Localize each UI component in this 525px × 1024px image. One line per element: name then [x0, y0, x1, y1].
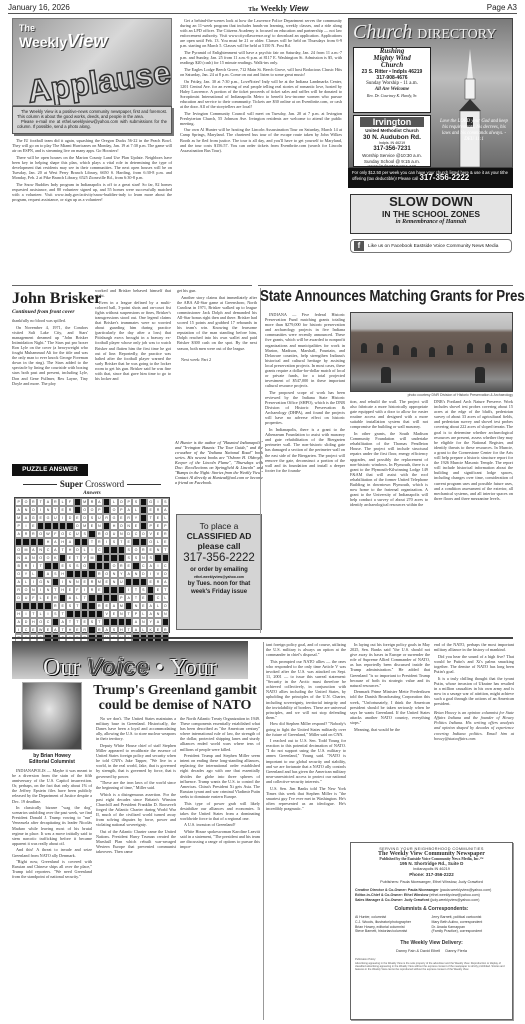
- crossword-cell: I: [37, 586, 44, 594]
- masthead-box: SERVING YOUR NEIGHBORHOOD COMMUNITIES Th…: [350, 842, 513, 1020]
- crossword-cell: N: [110, 578, 117, 586]
- page-header: January 16, 2026 The Weekly View Page A3: [8, 2, 517, 14]
- crossword-cell: B: [15, 562, 22, 570]
- crossword-cell: V: [103, 610, 110, 618]
- crossword-cell: R: [30, 530, 37, 538]
- crossword-cell: S: [132, 498, 139, 506]
- crossword-cell: O: [15, 570, 22, 578]
- crossword-cell: O: [15, 546, 22, 554]
- crossword-cell: R: [125, 514, 132, 522]
- crossword-cell: E: [154, 530, 161, 538]
- crossword-black-cell: [59, 554, 66, 562]
- crossword-cell: N: [15, 554, 22, 562]
- crossword-cell: O: [22, 498, 29, 506]
- crossword-black-cell: [132, 538, 139, 546]
- columnist-photo: [22, 682, 82, 750]
- crossword-black-cell: [81, 602, 88, 610]
- crossword-cell: E: [132, 522, 139, 530]
- crossword-cell: S: [88, 618, 95, 626]
- crossword-cell: T: [162, 546, 169, 554]
- crossword-cell: A: [22, 554, 29, 562]
- crossword-cell: T: [74, 618, 81, 626]
- crossword-black-cell: [110, 586, 117, 594]
- photo-caption: photo courtesy DNR Division of Historic …: [350, 393, 513, 397]
- crossword-cell: O: [74, 546, 81, 554]
- crossword-cell: A: [125, 506, 132, 514]
- crossword-cell: Y: [147, 618, 154, 626]
- crossword-cell: H: [66, 626, 73, 634]
- crossword-cell: T: [132, 586, 139, 594]
- crossword-black-cell: [44, 522, 51, 530]
- issue-date: January 16, 2026: [8, 3, 70, 12]
- crossword-cell: M: [118, 602, 125, 610]
- crossword-black-cell: [37, 522, 44, 530]
- preservation-headline: State Announces Matching Grants for Pres…: [260, 288, 525, 306]
- crossword-black-cell: [81, 610, 88, 618]
- crossword-cell: H: [15, 610, 22, 618]
- crossword-cell: T: [147, 514, 154, 522]
- crossword-black-cell: [74, 610, 81, 618]
- crossword-cell: P: [118, 594, 125, 602]
- crossword-cell: E: [66, 554, 73, 562]
- crossword-cell: R: [22, 562, 29, 570]
- crossword-cell: P: [147, 522, 154, 530]
- crossword-cell: D: [15, 594, 22, 602]
- building-photo: [350, 312, 513, 392]
- list-item: The Snow Buddies Indy program in Indiana…: [12, 182, 172, 202]
- crossword-cell: N: [118, 530, 125, 538]
- opinion-column-3: the North Atlantic Treaty Organization i…: [180, 716, 260, 851]
- crossword-cell: I: [147, 570, 154, 578]
- crossword-cell: A: [15, 530, 22, 538]
- crossword-cell: L: [162, 514, 169, 522]
- crossword-cell: N: [110, 570, 117, 578]
- crossword-cell: N: [30, 554, 37, 562]
- crossword-cell: R: [118, 562, 125, 570]
- crossword-black-cell: [15, 602, 22, 610]
- church-directory: Church Directory Rushing Mighty Wind Chu…: [348, 18, 513, 168]
- crossword-cell: N: [74, 578, 81, 586]
- crossword-cell: E: [74, 626, 81, 634]
- crossword-black-cell: [52, 522, 59, 530]
- applause-column-2: Get a behind-the-scenes look at how the …: [180, 18, 342, 154]
- crossword-cell: Y: [132, 514, 139, 522]
- crossword-cell: E: [44, 626, 51, 634]
- crossword-cell: O: [37, 618, 44, 626]
- crossword-cell: S: [66, 602, 73, 610]
- crossword-cell: F: [52, 530, 59, 538]
- church-listing-promo: For only $12.50 per week you can have yo…: [348, 168, 513, 188]
- crossword-grid: PORTARLFMRALOPSGISANOINTEROOPOPALERAMAGE…: [14, 497, 170, 633]
- crossword-black-cell: [37, 602, 44, 610]
- crossword-cell: F: [74, 586, 81, 594]
- crossword-cell: I: [154, 562, 161, 570]
- crossword-cell: P: [15, 522, 22, 530]
- crossword-cell: A: [66, 594, 73, 602]
- crossword-cell: N: [140, 618, 147, 626]
- crossword-cell: S: [125, 554, 132, 562]
- crossword-black-cell: [110, 554, 117, 562]
- crossword-black-cell: [52, 578, 59, 586]
- crossword-cell: A: [15, 506, 22, 514]
- crossword-cell: U: [96, 514, 103, 522]
- crossword-cell: A: [147, 610, 154, 618]
- crossword-cell: O: [22, 586, 29, 594]
- crossword-cell: G: [44, 514, 51, 522]
- crossword-black-cell: [103, 594, 110, 602]
- church-listing-rushing: Rushing Mighty Wind Church 23 S. Ritter …: [353, 47, 431, 113]
- crossword-cell: T: [66, 618, 73, 626]
- crossword-cell: E: [125, 562, 132, 570]
- crossword-cell: A: [30, 546, 37, 554]
- crossword-black-cell: [88, 610, 95, 618]
- opinion-column-6: end of the NATO, perhaps the most import…: [434, 642, 514, 742]
- crossword-cell: S: [74, 562, 81, 570]
- crossword-black-cell: [88, 594, 95, 602]
- crossword-cell: M: [81, 522, 88, 530]
- crossword-black-cell: [103, 618, 110, 626]
- crossword-cell: A: [59, 618, 66, 626]
- promo-phone: 317-356-2222: [419, 173, 469, 182]
- opinion-column-5: In laying out his foreign policy goals i…: [350, 642, 430, 733]
- crossword-black-cell: [162, 554, 169, 562]
- crossword-cell: A: [103, 626, 110, 634]
- crossword-black-cell: [59, 594, 66, 602]
- crossword-cell: L: [59, 498, 66, 506]
- crossword-cell: A: [52, 626, 59, 634]
- crossword-cell: E: [88, 522, 95, 530]
- crossword-black-cell: [103, 562, 110, 570]
- crossword-cell: R: [30, 498, 37, 506]
- crossword-cell: S: [110, 626, 117, 634]
- crossword-cell: E: [30, 626, 37, 634]
- crossword-cell: E: [59, 602, 66, 610]
- list-item: There will be open houses on the Marion …: [12, 155, 172, 180]
- applause-intro-box: The Weekly View is a positive-news commu…: [12, 106, 172, 134]
- crossword-cell: W: [44, 530, 51, 538]
- crossword-cell: N: [118, 610, 125, 618]
- crossword-cell: N: [154, 546, 161, 554]
- crossword-cell: C: [66, 530, 73, 538]
- author-bio-hunter: Al Hunter is the author of "Haunted Indi…: [175, 440, 263, 485]
- crossword-cell: E: [125, 538, 132, 546]
- crossword-cell: L: [110, 498, 117, 506]
- preservation-column-2: tion, and rebuild the wall. The project …: [350, 399, 428, 509]
- crossword-cell: E: [147, 506, 154, 514]
- crossword-cell: L: [37, 594, 44, 602]
- crossword-cell: E: [154, 626, 161, 634]
- crossword-cell: C: [132, 530, 139, 538]
- crossword-cell: O: [103, 570, 110, 578]
- crossword-cell: I: [125, 586, 132, 594]
- crossword-cell: H: [59, 586, 66, 594]
- crossword-cell: I: [30, 562, 37, 570]
- crossword-cell: I: [59, 578, 66, 586]
- crossword-cell: D: [81, 514, 88, 522]
- author-bio-howey: Brian Howey is an opinion columnist for …: [434, 710, 514, 741]
- crossword-cell: L: [74, 594, 81, 602]
- crossword-cell: U: [74, 530, 81, 538]
- crossword-cell: R: [22, 530, 29, 538]
- crossword-black-cell: [147, 594, 154, 602]
- crossword-black-cell: [125, 602, 132, 610]
- crossword-cell: R: [88, 578, 95, 586]
- crossword-cell: S: [125, 546, 132, 554]
- crossword-cell: E: [147, 546, 154, 554]
- crossword-cell: E: [59, 506, 66, 514]
- crossword-cell: T: [125, 626, 132, 634]
- crossword-cell: O: [81, 506, 88, 514]
- crossword-cell: U: [22, 594, 29, 602]
- crossword-cell: S: [147, 554, 154, 562]
- crossword-cell: R: [96, 602, 103, 610]
- crossword-black-cell: [74, 538, 81, 546]
- crossword-cell: H: [59, 538, 66, 546]
- crossword-cell: T: [59, 546, 66, 554]
- church-directory-title: Church Directory: [353, 21, 496, 44]
- crossword-black-cell: [74, 506, 81, 514]
- crossword-cell: G: [110, 514, 117, 522]
- crossword-black-cell: [22, 538, 29, 546]
- crossword-cell: O: [74, 522, 81, 530]
- crossword-cell: E: [140, 594, 147, 602]
- crossword-cell: N: [125, 522, 132, 530]
- crossword-cell: D: [140, 570, 147, 578]
- crossword-cell: O: [30, 506, 37, 514]
- crossword-black-cell: [81, 570, 88, 578]
- crossword-cell: O: [103, 530, 110, 538]
- crossword-cell: A: [96, 498, 103, 506]
- crossword-black-cell: [118, 618, 125, 626]
- crossword-cell: S: [110, 538, 117, 546]
- crossword-black-cell: [125, 618, 132, 626]
- crossword-cell: H: [30, 618, 37, 626]
- crossword-cell: I: [22, 610, 29, 618]
- crossword-black-cell: [44, 602, 51, 610]
- crossword-black-cell: [15, 538, 22, 546]
- crossword-cell: H: [110, 522, 117, 530]
- crossword-cell: K: [147, 626, 154, 634]
- crossword-cell: M: [22, 546, 29, 554]
- crossword-black-cell: [96, 562, 103, 570]
- crossword-cell: A: [162, 506, 169, 514]
- crossword-black-cell: [154, 554, 161, 562]
- crossword-cell: A: [52, 538, 59, 546]
- crossword-cell: A: [132, 626, 139, 634]
- crossword-cell: R: [66, 506, 73, 514]
- crossword-cell: O: [147, 538, 154, 546]
- applause-banner: The WeeklyView Applause!: [12, 18, 172, 106]
- crossword-cell: A: [162, 578, 169, 586]
- crossword-cell: A: [154, 618, 161, 626]
- crossword-cell: E: [66, 586, 73, 594]
- crossword-cell: O: [118, 498, 125, 506]
- crossword-cell: V: [154, 570, 161, 578]
- crossword-cell: T: [37, 498, 44, 506]
- page-number: Page A3: [487, 3, 517, 12]
- classified-phone: 317-356-2222: [177, 551, 261, 566]
- crossword-cell: S: [88, 514, 95, 522]
- crossword-cell: C: [162, 562, 169, 570]
- crossword-cell: I: [88, 546, 95, 554]
- crossword-cell: E: [147, 578, 154, 586]
- crossword-black-cell: [103, 522, 110, 530]
- crossword-cell: N: [132, 602, 139, 610]
- crossword-cell: A: [52, 546, 59, 554]
- crossword-cell: R: [162, 530, 169, 538]
- preservation-column-3: DNR's Portland Arch Nature Preserve. Wor…: [434, 399, 513, 502]
- crossword-cell: A: [15, 578, 22, 586]
- list-item: The Eagles Lodge Beech Grove, 712 Main S…: [180, 67, 342, 77]
- crossword-cell: R: [52, 594, 59, 602]
- slow-down-ad: SLOW DOWN IN THE SCHOOL ZONES in Remembr…: [350, 194, 512, 234]
- crossword-cell: T: [74, 554, 81, 562]
- crossword-cell: N: [37, 546, 44, 554]
- opinion-column-1: INDIANAPOLIS — Maybe it was meant to be …: [12, 768, 92, 881]
- crossword-black-cell: [103, 498, 110, 506]
- crossword-black-cell: [52, 618, 59, 626]
- crossword-cell: E: [154, 586, 161, 594]
- paper-name: The Weekly View: [248, 3, 308, 13]
- crossword-black-cell: [140, 498, 147, 506]
- crossword-cell: N: [30, 586, 37, 594]
- crossword-cell: T: [118, 538, 125, 546]
- crossword-cell: R: [162, 626, 169, 634]
- crossword-black-cell: [118, 554, 125, 562]
- crossword-cell: O: [88, 506, 95, 514]
- opinion-column-4: tant foreign policy goal, and of course,…: [266, 642, 346, 813]
- crossword-cell: D: [66, 514, 73, 522]
- crossword-black-cell: [66, 522, 73, 530]
- crossword-cell: E: [154, 522, 161, 530]
- crossword-cell: D: [22, 618, 29, 626]
- crossword-cell: E: [154, 514, 161, 522]
- crossword-title: Super Crossword: [12, 479, 172, 489]
- crossword-cell: R: [88, 498, 95, 506]
- crossword-cell: O: [118, 522, 125, 530]
- brisker-subtitle: Continued from front cover: [12, 309, 75, 315]
- crossword-cell: P: [132, 610, 139, 618]
- crossword-cell: N: [44, 578, 51, 586]
- crossword-black-cell: [140, 514, 147, 522]
- crossword-cell: N: [22, 506, 29, 514]
- crossword-cell: L: [22, 578, 29, 586]
- crossword-cell: A: [147, 562, 154, 570]
- crossword-cell: K: [52, 554, 59, 562]
- crossword-cell: M: [88, 554, 95, 562]
- crossword-cell: E: [140, 602, 147, 610]
- crossword-cell: S: [140, 586, 147, 594]
- crossword-cell: A: [44, 498, 51, 506]
- crossword-cell: L: [37, 610, 44, 618]
- list-item: The IU football team did it again, squas…: [12, 138, 172, 153]
- crossword-cell: G: [37, 578, 44, 586]
- crossword-cell: P: [15, 498, 22, 506]
- crossword-cell: S: [81, 530, 88, 538]
- crossword-cell: C: [44, 546, 51, 554]
- classified-ad-box: To place a CLASSIFIED AD please call 317…: [176, 514, 262, 630]
- crossword-cell: T: [59, 610, 66, 618]
- crossword-black-cell: [74, 570, 81, 578]
- crossword-cell: R: [81, 626, 88, 634]
- crossword-cell: O: [162, 570, 169, 578]
- crossword-black-cell: [103, 554, 110, 562]
- byline: by Brian Howey Editorial Columnist: [12, 753, 92, 765]
- opinion-headline: Trump's Greenland gambit could be demise…: [90, 683, 260, 713]
- crossword-cell: T: [37, 562, 44, 570]
- crossword-black-cell: [132, 578, 139, 586]
- crossword-black-cell: [37, 538, 44, 546]
- crossword-black-cell: [140, 522, 147, 530]
- crossword-cell: U: [118, 578, 125, 586]
- crossword-black-cell: [140, 538, 147, 546]
- crossword-black-cell: [88, 570, 95, 578]
- crossword-cell: T: [74, 602, 81, 610]
- crossword-cell: T: [96, 618, 103, 626]
- crossword-cell: U: [52, 514, 59, 522]
- crossword-cell: L: [81, 546, 88, 554]
- crossword-black-cell: [103, 546, 110, 554]
- crossword-black-cell: [96, 554, 103, 562]
- crossword-black-cell: [88, 562, 95, 570]
- crossword-cell: R: [88, 586, 95, 594]
- crossword-black-cell: [132, 562, 139, 570]
- crossword-cell: R: [52, 602, 59, 610]
- crossword-cell: I: [103, 538, 110, 546]
- crossword-cell: L: [154, 538, 161, 546]
- crossword-cell: I: [81, 586, 88, 594]
- crossword-black-cell: [88, 530, 95, 538]
- crossword-cell: R: [15, 586, 22, 594]
- crossword-cell: N: [66, 578, 73, 586]
- facebook-link[interactable]: f Like us on Facebook Eastside Voice Com…: [350, 239, 512, 253]
- crossword-cell: R: [103, 514, 110, 522]
- list-item: The Irvington Community Council will mee…: [180, 111, 342, 126]
- crossword-cell: E: [103, 602, 110, 610]
- crossword-black-cell: [118, 546, 125, 554]
- crossword-cell: M: [96, 578, 103, 586]
- applause-column-1: The IU football team did it again, squas…: [12, 138, 172, 204]
- crossword-cell: T: [30, 610, 37, 618]
- crossword-cell: P: [162, 522, 169, 530]
- crossword-cell: N: [132, 570, 139, 578]
- applause-contact: Please e-mail me at ethel.weeklyview@yah…: [17, 119, 167, 129]
- facebook-icon: f: [354, 241, 364, 251]
- crossword-cell: E: [74, 514, 81, 522]
- crossword-cell: O: [110, 506, 117, 514]
- crossword-cell: O: [140, 530, 147, 538]
- brisker-column-2: worked and Brisker behaved himself that …: [95, 288, 171, 383]
- crossword-black-cell: [162, 618, 169, 626]
- crossword-cell: S: [52, 570, 59, 578]
- crossword-cell: O: [44, 554, 51, 562]
- crossword-black-cell: [110, 546, 117, 554]
- crossword-black-cell: [147, 586, 154, 594]
- crossword-cell: L: [140, 626, 147, 634]
- crossword-cell: S: [132, 554, 139, 562]
- crossword-cell: L: [132, 506, 139, 514]
- crossword-cell: N: [44, 506, 51, 514]
- crossword-black-cell: [88, 626, 95, 634]
- crossword-cell: T: [59, 626, 66, 634]
- crossword-black-cell: [37, 570, 44, 578]
- church-steeple-icon: [459, 49, 481, 167]
- crossword-cell: P: [125, 498, 132, 506]
- crossword-cell: D: [125, 530, 132, 538]
- crossword-cell: W: [37, 626, 44, 634]
- crossword-black-cell: [140, 506, 147, 514]
- crossword-cell: E: [81, 578, 88, 586]
